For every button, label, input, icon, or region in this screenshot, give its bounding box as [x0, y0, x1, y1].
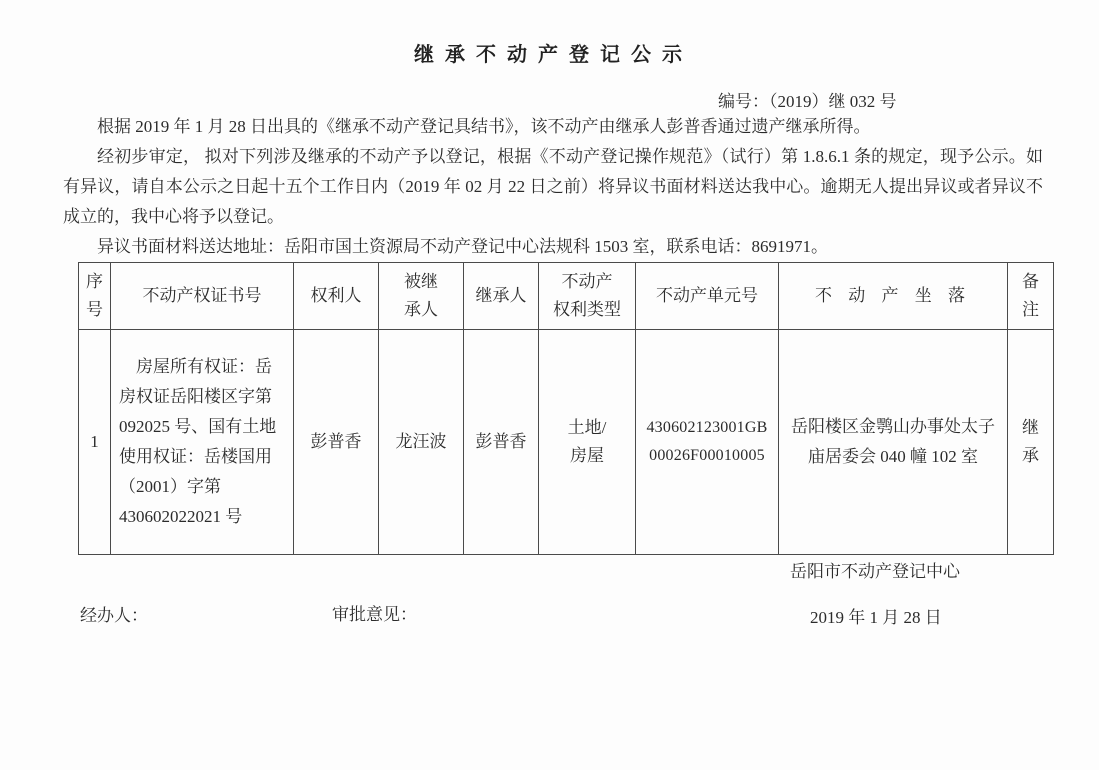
cell-remark: 继 承	[1008, 330, 1054, 555]
cell-heir: 彭普香	[464, 330, 539, 555]
cell-unit-no: 430602123001GB 00026F00010005	[636, 330, 779, 555]
cell-location: 岳阳楼区金鹗山办事处太子庙居委会 040 幢 102 室	[779, 330, 1008, 555]
cell-seq: 1	[79, 330, 111, 555]
table-row: 1 房屋所有权证：岳房权证岳阳楼区字第 092025 号、国有土地使用权证：岳楼…	[79, 330, 1054, 555]
header-cert-no: 不动产权证书号	[111, 263, 294, 330]
header-right-type: 不动产 权利类型	[539, 263, 636, 330]
cell-decedent: 龙汪波	[379, 330, 464, 555]
issue-date: 2019 年 1 月 28 日	[810, 603, 942, 628]
header-decedent: 被继 承人	[379, 263, 464, 330]
paragraph-announcement: 经初步审定， 拟对下列涉及继承的不动产予以登记，根据《不动产登记操作规范》（试行…	[63, 142, 1043, 232]
header-remark: 备 注	[1008, 263, 1054, 330]
notice-body: 根据 2019 年 1 月 28 日出具的《继承不动产登记具结书》，该不动产由继…	[63, 112, 1043, 262]
paragraph-basis: 根据 2019 年 1 月 28 日出具的《继承不动产登记具结书》，该不动产由继…	[63, 112, 1043, 142]
paragraph-contact: 异议书面材料送达地址：岳阳市国土资源局不动产登记中心法规科 1503 室，联系电…	[63, 232, 1043, 262]
header-unit-no: 不动产单元号	[636, 263, 779, 330]
cell-cert-no: 房屋所有权证：岳房权证岳阳楼区字第 092025 号、国有土地使用权证：岳楼国用…	[111, 330, 294, 555]
handler-label: 经办人：	[80, 601, 148, 626]
registration-table: 序 号 不动产权证书号 权利人 被继 承人 继承人 不动产 权利类型 不动产单元…	[78, 262, 1054, 555]
header-location: 不 动 产 坐 落	[779, 263, 1008, 330]
header-seq: 序 号	[79, 263, 111, 330]
table-header-row: 序 号 不动产权证书号 权利人 被继 承人 继承人 不动产 权利类型 不动产单元…	[79, 263, 1054, 330]
header-heir: 继承人	[464, 263, 539, 330]
header-holder: 权利人	[294, 263, 379, 330]
issuing-org: 岳阳市不动产登记中心	[790, 557, 960, 582]
cell-right-type: 土地/ 房屋	[539, 330, 636, 555]
scanned-document-page: 继 承 不 动 产 登 记 公 示 编号：（2019）继 032 号 根据 20…	[0, 0, 1099, 770]
approval-opinion-label: 审批意见：	[332, 600, 417, 625]
cell-holder: 彭普香	[294, 330, 379, 555]
document-number: 编号：（2019）继 032 号	[718, 87, 897, 112]
document-title: 继 承 不 动 产 登 记 公 示	[0, 38, 1099, 67]
